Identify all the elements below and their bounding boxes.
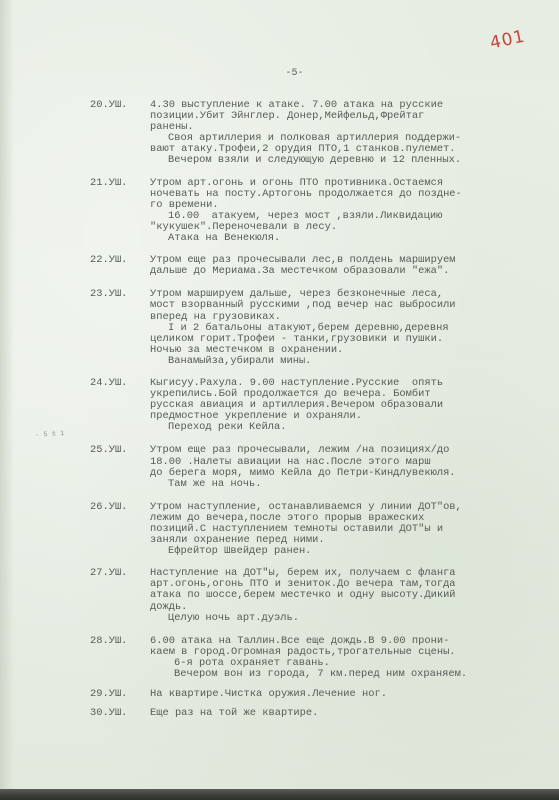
diary-entry: 29.УШ.На квартире.Чистка оружия.Лечение …	[90, 689, 535, 700]
entry-date: 25.УШ.	[90, 445, 145, 456]
entry-text: Утром еще раз прочесывали лес,в полдень …	[150, 255, 535, 277]
entry-text: Наступление на ДОТ"ы, берем их, получаем…	[150, 568, 535, 623]
entry-text: На квартире.Чистка оружия.Лечение ног.	[150, 689, 535, 700]
entry-date: 20.УШ.	[90, 100, 145, 111]
diary-entry: 30.УШ.Еще раз на той же квартире.	[90, 708, 535, 719]
page-number: -5-	[0, 68, 559, 79]
text-line: Утром еще раз прочесывали, лежим /на поз…	[150, 445, 535, 456]
text-line: Там же на ночь.	[150, 479, 535, 490]
diary-entry: 28.УШ.6.00 атака на Таллин.Все еще дождь…	[90, 636, 535, 680]
entry-text: Утром маршируем дальше, через безконечны…	[150, 289, 535, 367]
entry-date: 21.УШ.	[90, 178, 145, 189]
entry-date: 26.УШ.	[90, 502, 145, 513]
entry-date: 29.УШ.	[90, 689, 145, 700]
text-line: Вечером вон из города, 7 км.перед ним ох…	[150, 669, 535, 680]
text-line: 18.00 .Налеты авиации на нас.После этого…	[150, 457, 535, 468]
text-line: вперед на грузовиках.	[150, 312, 535, 323]
entry-date: 27.УШ.	[90, 568, 145, 579]
entry-date: 23.УШ.	[90, 289, 145, 300]
entry-text: 4.30 выступление к атаке. 7.00 атака на …	[150, 100, 535, 167]
diary-entry: 20.УШ.4.30 выступление к атаке. 7.00 ата…	[90, 100, 535, 167]
text-line: атака по шоссе,берем местечко и одну выс…	[150, 590, 535, 601]
entry-text: Еще раз на той же квартире.	[150, 708, 535, 719]
margin-note: · 5 š 1	[35, 430, 65, 440]
entry-text: Утром еще раз прочесывали, лежим /на поз…	[150, 445, 535, 489]
diary-entry: 26.УШ.Утром наступление, останавливаемся…	[90, 502, 535, 557]
text-line: Утром арт.огонь и огонь ПТО противника.О…	[150, 178, 535, 189]
entry-date: 30.УШ.	[90, 708, 145, 719]
text-line: На квартире.Чистка оружия.Лечение ног.	[150, 689, 535, 700]
text-line: дальше до Мериама.За местечком образовал…	[150, 266, 535, 277]
entry-date: 28.УШ.	[90, 636, 145, 647]
text-line: Ванамыйза,убирали мины.	[150, 356, 535, 367]
text-line: позиции.Убит Эйнглер. Донер,Мейфельд,Фре…	[150, 111, 535, 122]
text-line: Еще раз на той же квартире.	[150, 708, 535, 719]
diary-entry: 24.УШ.Кыгисуу.Рахула. 9.00 наступление.Р…	[90, 378, 535, 433]
text-line: дождь.	[150, 602, 535, 613]
text-line: Вечером взяли и следующую деревню и 12 п…	[150, 155, 535, 166]
diary-entry: 21.УШ.Утром арт.огонь и огонь ПТО против…	[90, 178, 535, 245]
text-line: Целую ночь арт.дуэль.	[150, 613, 535, 624]
text-line: Переход реки Кейла.	[150, 422, 535, 433]
document-page: 401 -5- · 5 š 1 20.УШ.4.30 выступление к…	[0, 0, 559, 789]
text-line: Атака на Венекюля.	[150, 233, 535, 244]
entry-text: Кыгисуу.Рахула. 9.00 наступление.Русские…	[150, 378, 535, 433]
scan-bottom-edge	[0, 789, 559, 800]
text-line: Ефрейтор Швейдер ранен.	[150, 546, 535, 557]
diary-entry: 23.УШ.Утром маршируем дальше, через безк…	[90, 289, 535, 367]
entry-date: 24.УШ.	[90, 378, 145, 389]
text-line: мост взорванный русскими ,под вечер нас …	[150, 300, 535, 311]
entry-text: Утром арт.огонь и огонь ПТО противника.О…	[150, 178, 535, 245]
archive-page-number: 401	[488, 27, 527, 54]
diary-entry: 27.УШ.Наступление на ДОТ"ы, берем их, по…	[90, 568, 535, 623]
entry-text: 6.00 атака на Таллин.Все еще дождь.В 9.0…	[150, 636, 535, 680]
entry-text: Утром наступление, останавливаемся у лин…	[150, 502, 535, 557]
entry-date: 22.УШ.	[90, 255, 145, 266]
diary-entry: 22.УШ.Утром еще раз прочесывали лес,в по…	[90, 255, 535, 277]
diary-entries: 20.УШ.4.30 выступление к атаке. 7.00 ата…	[90, 100, 535, 729]
diary-entry: 25.УШ.Утром еще раз прочесывали, лежим /…	[90, 445, 535, 489]
